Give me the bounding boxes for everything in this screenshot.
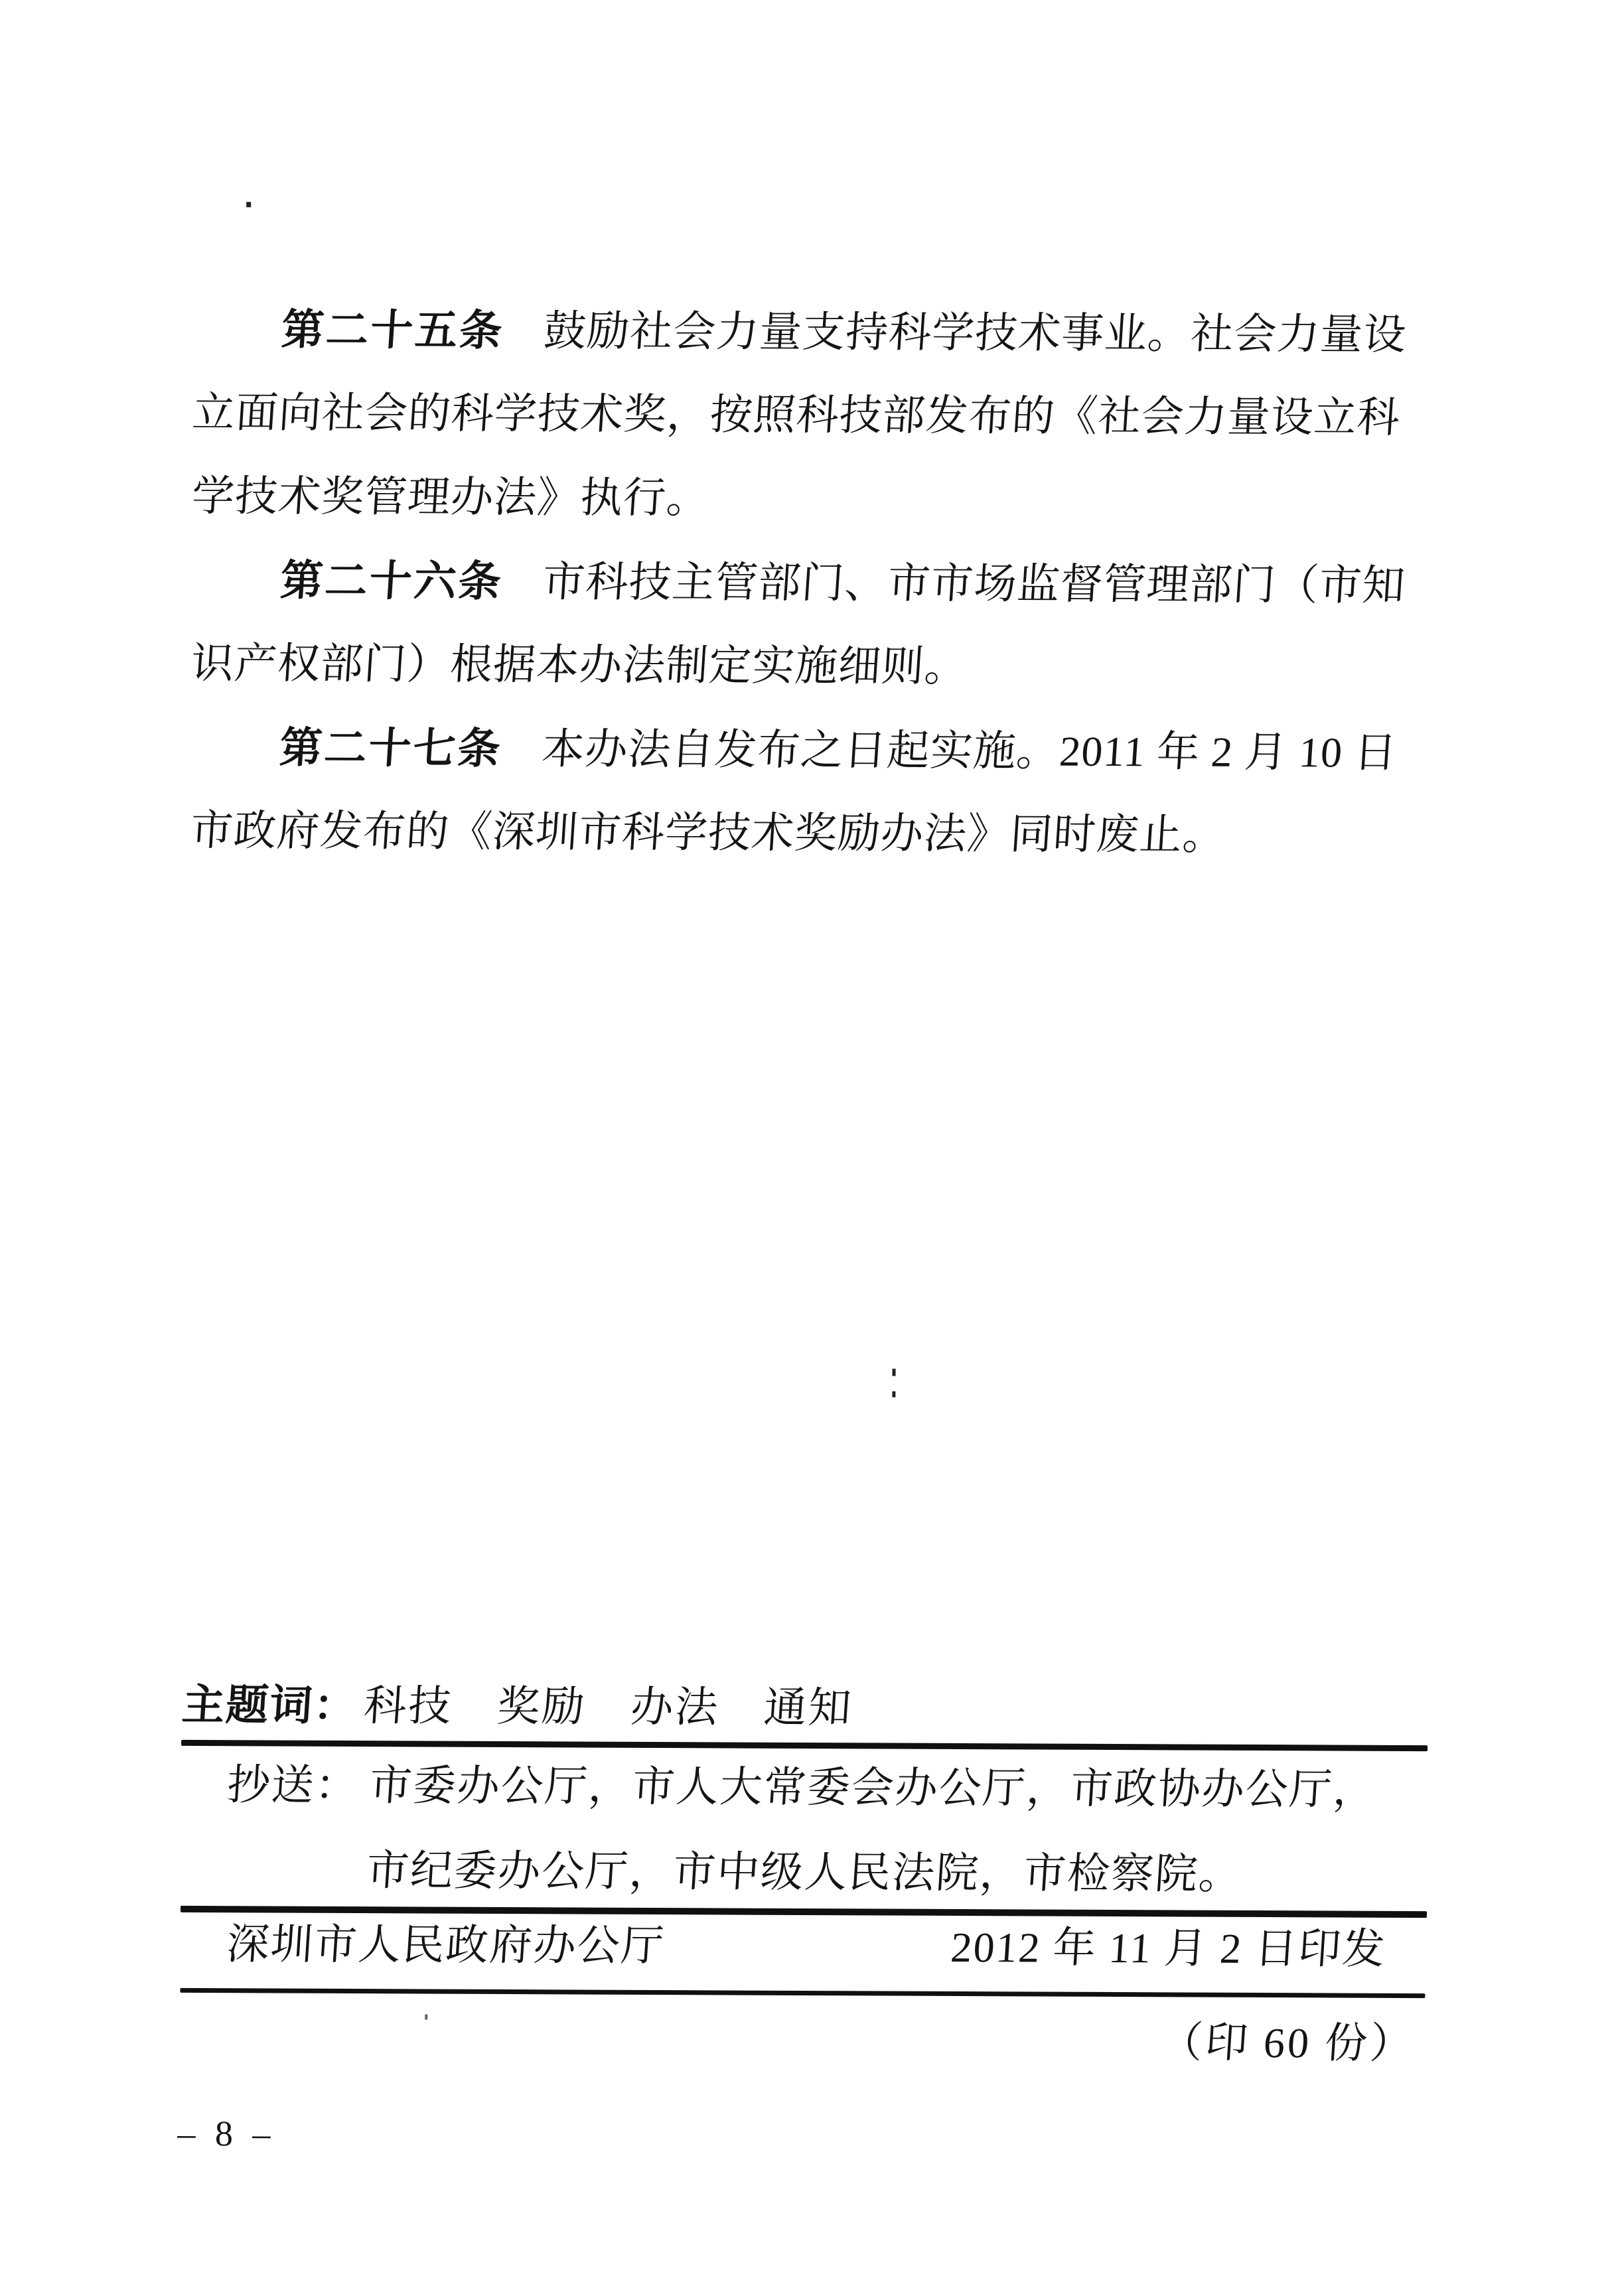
article-text-block: 第二十五条鼓励社会力量支持科学技术事业。社会力量设 立面向社会的科学技术奖，按照… [190, 287, 1451, 878]
issue-date: 2012 年 11 月 2 日印发 [950, 1925, 1388, 1972]
article-25-line-2: 立面向社会的科学技术奖，按照科技部发布的《社会力量设立科 [190, 371, 1453, 460]
article-26-line-1: 第二十六条市科技主管部门、市市场监督管理部门（市知 [189, 538, 1452, 627]
subject-terms: 科技 奖励 办法 通知 [362, 1682, 855, 1731]
footer-divider-middle [181, 1906, 1427, 1918]
subject-label: 主题词： [181, 1681, 359, 1729]
document-page: 第二十五条鼓励社会力量支持科学技术事业。社会力量设 立面向社会的科学技术奖，按照… [0, 0, 1614, 2296]
article-27-line-1: 第二十七条本办法自发布之日起实施。2011 年 2 月 10 日 [188, 705, 1451, 794]
page-content: 第二十五条鼓励社会力量支持科学技术事业。社会力量设 立面向社会的科学技术奖，按照… [0, 0, 1614, 2296]
article-27-line-2: 市政府发布的《深圳市科学技术奖励办法》同时废止。 [188, 789, 1451, 878]
scan-speck [246, 202, 251, 207]
copy-to-row-2: 市纪委办公厅，市中级人民法院，市检察院。 [365, 1848, 1244, 1897]
article-26-line-2: 识产权部门）根据本办法制定实施细则。 [188, 622, 1451, 711]
article-25-text: 鼓励社会力量支持科学技术事业。社会力量设 [542, 307, 1408, 358]
article-26-number: 第二十六条 [279, 557, 504, 605]
article-27-text: 本办法自发布之日起实施。2011 年 2 月 10 日 [540, 725, 1398, 776]
subject-keywords-row: 主题词：科技 奖励 办法 通知 [181, 1683, 854, 1731]
scan-speck [893, 1369, 896, 1376]
footer-divider-bottom [180, 1988, 1425, 1998]
copy-to-list-1: 市委办公厅，市人大常委会办公厅，市政协办公厅， [368, 1762, 1379, 1814]
article-25-line-1: 第二十五条鼓励社会力量支持科学技术事业。社会力量设 [190, 287, 1453, 376]
issuing-office: 深圳市人民政府办公厅 [226, 1922, 666, 1969]
copy-to-label: 抄送： [226, 1761, 361, 1809]
article-25-number: 第二十五条 [280, 306, 506, 354]
scan-speck [892, 1392, 895, 1398]
article-27-number: 第二十七条 [278, 724, 504, 772]
footer-divider-top [181, 1740, 1428, 1751]
article-25-line-3: 学技术奖管理办法》执行。 [189, 455, 1452, 543]
scan-speck [425, 2015, 427, 2020]
print-copies-note: （印 60 份） [1159, 2020, 1416, 2066]
article-26-text: 市科技主管部门、市市场监督管理部门（市知 [541, 558, 1407, 609]
copy-to-row-1: 抄送：市委办公厅，市人大常委会办公厅，市政协办公厅， [226, 1762, 1378, 1812]
page-number: – 8 – [177, 2116, 275, 2152]
